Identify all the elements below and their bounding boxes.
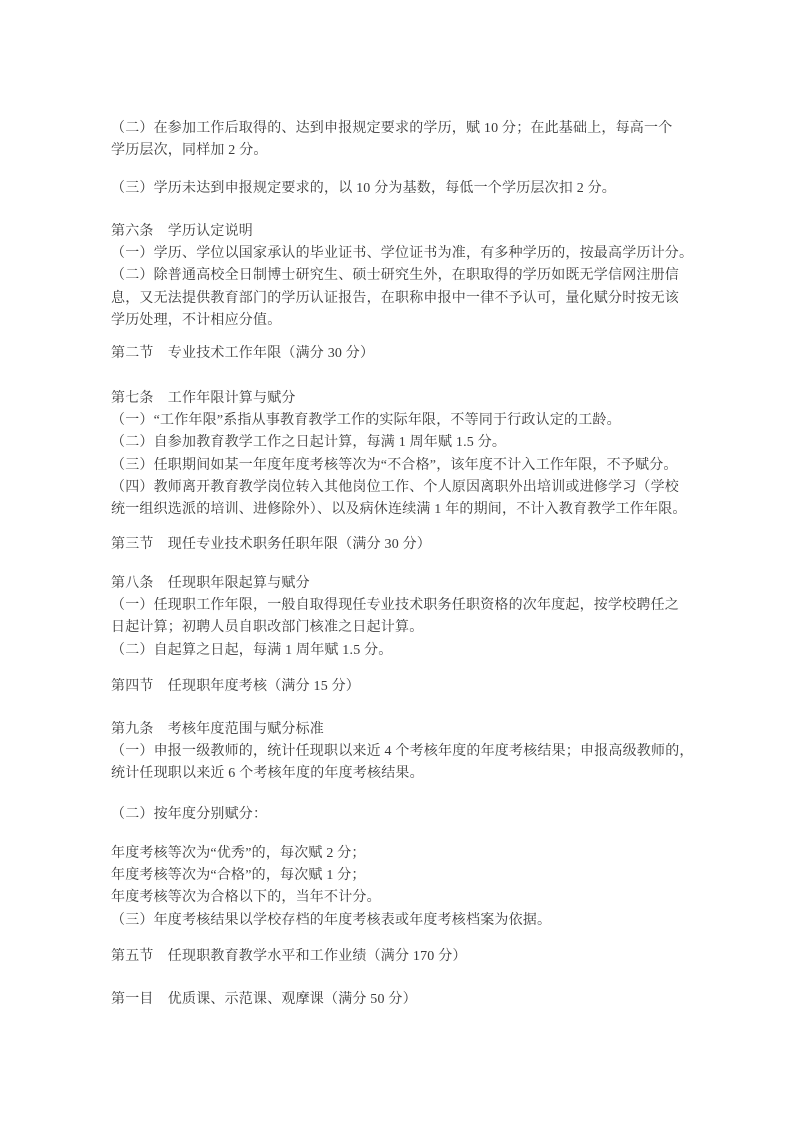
doc-line: 年度考核等次为合格以下的，当年不计分。 xyxy=(111,887,683,909)
doc-line: （一）“工作年限”系指从事教育教学工作的实际年限，不等同于行政认定的工龄。 xyxy=(111,410,683,432)
doc-line: （三）任职期间如某一年度年度考核等次为“不合格”，该年度不计入工作年限，不予赋分… xyxy=(111,455,683,477)
doc-line: 年度考核等次为“优秀”的，每次赋 2 分； xyxy=(111,843,683,865)
paragraph-education-below-requirement: （三）学历未达到申报规定要求的，以 10 分为基数，每低一个学历层次扣 2 分。 xyxy=(111,178,683,200)
doc-line: 日起计算；初聘人员自职改部门核准之日起计算。 xyxy=(111,617,683,639)
paragraph-assessment-grade-scores: 年度考核等次为“优秀”的，每次赋 2 分； 年度考核等次为“合格”的，每次赋 1… xyxy=(111,843,683,932)
doc-line: （二）自起算之日起，每满 1 周年赋 1.5 分。 xyxy=(111,640,683,662)
doc-line: 学历处理，不计相应分值。 xyxy=(111,310,683,332)
doc-line: 第三节 现任专业技术职务任职年限（满分 30 分） xyxy=(111,534,683,556)
doc-line: （三）年度考核结果以学校存档的年度考核表或年度考核档案为依据。 xyxy=(111,910,683,932)
heading-section-5-teaching-performance: 第五节 任现职教育教学水平和工作业绩（满分 170 分） xyxy=(111,946,683,968)
doc-line: 第二节 专业技术工作年限（满分 30 分） xyxy=(111,343,683,365)
paragraph-education-obtained-after-work: （二）在参加工作后取得的、达到申报规定要求的学历，赋 10 分；在此基础上，每高… xyxy=(111,118,683,162)
doc-line: （三）学历未达到申报规定要求的，以 10 分为基数，每低一个学历层次扣 2 分。 xyxy=(111,178,683,200)
heading-item-1-quality-lessons: 第一目 优质课、示范课、观摩课（满分 50 分） xyxy=(111,989,683,1011)
paragraph-article-7-work-years-scoring: 第七条 工作年限计算与赋分 （一）“工作年限”系指从事教育教学工作的实际年限，不… xyxy=(111,388,683,521)
doc-line: 学历层次，同样加 2 分。 xyxy=(111,140,683,162)
doc-line: 第四节 任现职年度考核（满分 15 分） xyxy=(111,676,683,698)
paragraph-scoring-by-year-intro: （二）按年度分别赋分： xyxy=(111,804,683,826)
heading-section-2-work-years: 第二节 专业技术工作年限（满分 30 分） xyxy=(111,343,683,365)
doc-line: 第七条 工作年限计算与赋分 xyxy=(111,388,683,410)
doc-line: 年度考核等次为“合格”的，每次赋 1 分； xyxy=(111,865,683,887)
doc-line: （一）学历、学位以国家承认的毕业证书、学位证书为准，有多种学历的，按最高学历计分… xyxy=(111,243,683,265)
doc-line: （二）除普通高校全日制博士研究生、硕士研究生外，在职取得的学历如既无学信网注册信 xyxy=(111,265,683,287)
paragraph-article-9-assessment-scope: 第九条 考核年度范围与赋分标准 （一）申报一级教师的，统计任现职以来近 4 个考… xyxy=(111,719,683,786)
doc-line: 息，又无法提供教育部门的学历认证报告，在职称申报中一律不予认可，量化赋分时按无该 xyxy=(111,288,683,310)
doc-line: （四）教师离开教育教学岗位转入其他岗位工作、个人原因离职外出培训或进修学习（学校 xyxy=(111,477,683,499)
doc-line: 第五节 任现职教育教学水平和工作业绩（满分 170 分） xyxy=(111,946,683,968)
doc-line: 第八条 任现职年限起算与赋分 xyxy=(111,573,683,595)
paragraph-article-6-education-recognition: 第六条 学历认定说明 （一）学历、学位以国家承认的毕业证书、学位证书为准，有多种… xyxy=(111,221,683,332)
doc-line: 统一组织选派的培训、进修除外）、以及病休连续满 1 年的期间，不计入教育教学工作… xyxy=(111,499,683,521)
heading-section-4-annual-assessment: 第四节 任现职年度考核（满分 15 分） xyxy=(111,676,683,698)
doc-line: （二）在参加工作后取得的、达到申报规定要求的学历，赋 10 分；在此基础上，每高… xyxy=(111,118,683,140)
doc-line: （一）申报一级教师的，统计任现职以来近 4 个考核年度的年度考核结果；申报高级教… xyxy=(111,741,683,763)
paragraph-article-8-current-post-scoring: 第八条 任现职年限起算与赋分 （一）任现职工作年限，一般自取得现任专业技术职务任… xyxy=(111,573,683,662)
doc-line: 第九条 考核年度范围与赋分标准 xyxy=(111,719,683,741)
doc-line: （二）自参加教育教学工作之日起计算，每满 1 周年赋 1.5 分。 xyxy=(111,432,683,454)
doc-line: 第六条 学历认定说明 xyxy=(111,221,683,243)
doc-line: （二）按年度分别赋分： xyxy=(111,804,683,826)
doc-line: 统计任现职以来近 6 个考核年度的年度考核结果。 xyxy=(111,763,683,785)
doc-line: 第一目 优质课、示范课、观摩课（满分 50 分） xyxy=(111,989,683,1011)
heading-section-3-current-post-years: 第三节 现任专业技术职务任职年限（满分 30 分） xyxy=(111,534,683,556)
document-page: （二）在参加工作后取得的、达到申报规定要求的学历，赋 10 分；在此基础上，每高… xyxy=(0,0,793,1122)
doc-line: （一）任现职工作年限，一般自取得现任专业技术职务任职资格的次年度起，按学校聘任之 xyxy=(111,595,683,617)
